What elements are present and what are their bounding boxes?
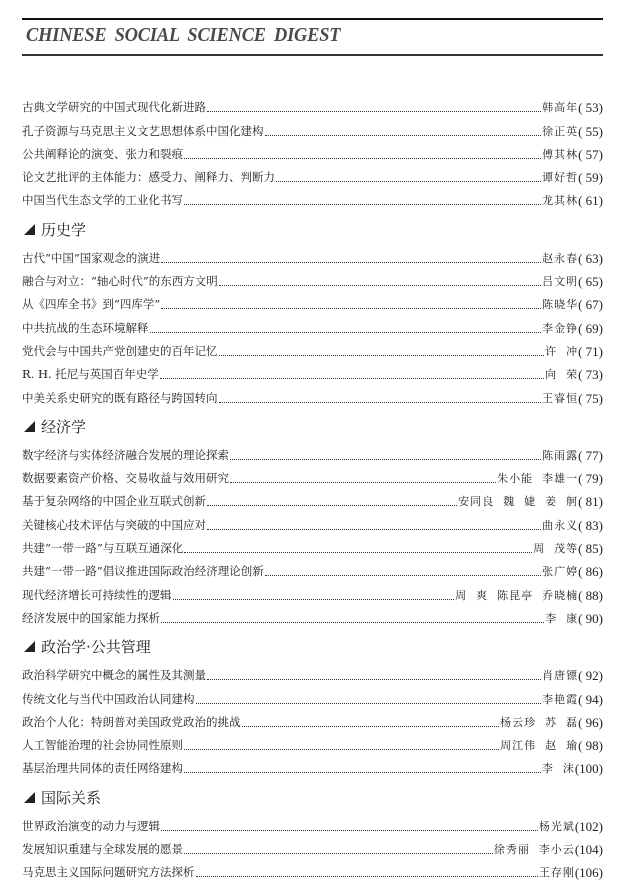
article-author: 龙其林 [542, 193, 578, 208]
section-heading-label: 经济学 [41, 416, 86, 437]
toc-section: 国际关系世界政治演变的动力与逻辑杨光斌(102)发展知识重建与全球发展的愿景徐秀… [22, 784, 603, 880]
dot-leader [230, 482, 496, 483]
article-author: 李艳霞 [542, 692, 578, 707]
page-number: (100) [575, 761, 603, 776]
article-title[interactable]: 发展知识重建与全球发展的愿景 [22, 842, 183, 857]
dot-leader [242, 726, 500, 727]
triangle-icon [24, 641, 35, 652]
dot-leader [173, 599, 455, 600]
dot-leader [161, 308, 541, 309]
dot-leader [184, 552, 532, 553]
article-author: 安同良 魏 婕 姜 舸 [458, 494, 578, 509]
article-title[interactable]: 马克思主义国际问题研究方法探析 [22, 865, 195, 880]
page-number: ( 83) [578, 518, 603, 533]
dot-leader [207, 505, 457, 506]
article-author: 王睿恒 [542, 391, 578, 406]
table-of-contents: 古典文学研究的中国式现代化新进路韩高年( 53)孔子资源与马克思主义文艺思想体系… [22, 92, 603, 880]
article-title[interactable]: 中国当代生态文学的工业化书写 [22, 193, 183, 208]
toc-entry[interactable]: 现代经济增长可持续性的逻辑周 爽 陈昆亭 乔晓楠( 88) [22, 579, 603, 602]
toc-section: 古典文学研究的中国式现代化新进路韩高年( 53)孔子资源与马克思主义文艺思想体系… [22, 92, 603, 208]
article-title[interactable]: 中美关系史研究的既有路径与跨国转向 [22, 391, 218, 406]
page-number: (102) [575, 819, 603, 834]
section-heading-label: 历史学 [41, 219, 86, 240]
toc-entry[interactable]: 政治个人化：特朗普对美国政党政治的挑战杨云珍 苏 磊( 96) [22, 707, 603, 730]
dot-leader [161, 830, 538, 831]
page-number: ( 75) [578, 391, 603, 406]
toc-entry[interactable]: 基于复杂网络的中国企业互联式创新安同良 魏 婕 姜 舸( 81) [22, 486, 603, 509]
article-author: 傅其林 [542, 147, 578, 162]
toc-entry[interactable]: 论文艺批评的主体能力：感受力、阐释力、判断力谭好哲( 59) [22, 162, 603, 185]
toc-entry[interactable]: 古代“中国”国家观念的演进赵永春( 63) [22, 242, 603, 265]
dot-leader [230, 459, 541, 460]
article-author: 陈晓华 [542, 297, 578, 312]
toc-section: 政治学·公共管理政治科学研究中概念的属性及其测量肖唐镖( 92)传统文化与当代中… [22, 634, 603, 776]
article-author: 徐秀丽 李小云 [494, 842, 575, 857]
dot-leader [265, 575, 541, 576]
page-number: ( 98) [578, 738, 603, 753]
page-number: ( 71) [578, 344, 603, 359]
section-heading: 国际关系 [22, 784, 603, 810]
dot-leader [184, 853, 493, 854]
article-author: 曲永义 [542, 518, 578, 533]
toc-entry[interactable]: 中国当代生态文学的工业化书写龙其林( 61) [22, 185, 603, 208]
toc-entry[interactable]: 公共阐释论的演变、张力和裂痕傅其林( 57) [22, 139, 603, 162]
article-title[interactable]: 古代“中国”国家观念的演进 [22, 251, 160, 266]
article-title[interactable]: 共建“一带一路”倡议推进国际政治经济理论创新 [22, 564, 264, 579]
page-number: ( 81) [578, 494, 603, 509]
page-number: ( 65) [578, 274, 603, 289]
toc-entry[interactable]: 马克思主义国际问题研究方法探析王存刚(106) [22, 857, 603, 880]
dot-leader [196, 876, 538, 877]
toc-entry[interactable]: 融合与对立：“轴心时代”的东西方文明吕文明( 65) [22, 266, 603, 289]
dot-leader [207, 529, 541, 530]
article-title[interactable]: 中共抗战的生态环境解释 [22, 321, 149, 336]
page-number: (106) [575, 865, 603, 880]
section-heading: 经济学 [22, 414, 603, 440]
article-title[interactable]: 数据要素资产价格、交易收益与效用研究 [22, 471, 229, 486]
article-author: 向 荣 [545, 367, 578, 382]
dot-leader [160, 378, 544, 379]
article-author: 李 沫 [542, 761, 575, 776]
article-title[interactable]: 经济发展中的国家能力探析 [22, 611, 160, 626]
dot-leader [219, 355, 545, 356]
toc-entry[interactable]: 数据要素资产价格、交易收益与效用研究朱小能 李雄一( 79) [22, 463, 603, 486]
dot-leader [184, 158, 541, 159]
dot-leader [276, 181, 541, 182]
dot-leader [207, 679, 541, 680]
toc-entry[interactable]: 中共抗战的生态环境解释李金铮( 69) [22, 312, 603, 335]
toc-entry[interactable]: 人工智能治理的社会协同性原则周江伟 赵 瑜( 98) [22, 730, 603, 753]
article-title[interactable]: 公共阐释论的演变、张力和裂痕 [22, 147, 183, 162]
page-number: ( 94) [578, 692, 603, 707]
toc-entry[interactable]: 党代会与中国共产党创建史的百年记忆许 冲( 71) [22, 336, 603, 359]
page-number: ( 69) [578, 321, 603, 336]
toc-entry[interactable]: 共建“一带一路”倡议推进国际政治经济理论创新张广婷( 86) [22, 556, 603, 579]
article-title[interactable]: 政治个人化：特朗普对美国政党政治的挑战 [22, 715, 241, 730]
page-number: ( 96) [578, 715, 603, 730]
article-author: 肖唐镖 [542, 668, 578, 683]
toc-section: 经济学数字经济与实体经济融合发展的理论探索陈雨露( 77)数据要素资产价格、交易… [22, 414, 603, 626]
article-author: 韩高年 [542, 100, 578, 115]
page-number: ( 86) [578, 564, 603, 579]
section-heading: 政治学·公共管理 [22, 634, 603, 660]
article-author: 朱小能 李雄一 [497, 471, 578, 486]
toc-entry[interactable]: 关键核心技术评估与突破的中国应对曲永义( 83) [22, 509, 603, 532]
article-author: 谭好哲 [542, 170, 578, 185]
article-author: 王存刚 [539, 865, 575, 880]
toc-entry[interactable]: 数字经济与实体经济融合发展的理论探索陈雨露( 77) [22, 440, 603, 463]
article-title[interactable]: 关键核心技术评估与突破的中国应对 [22, 518, 206, 533]
dot-leader [265, 135, 542, 136]
article-author: 赵永春 [542, 251, 578, 266]
toc-entry[interactable]: 孔子资源与马克思主义文艺思想体系中国化建构徐正英( 55) [22, 115, 603, 138]
page-number: ( 90) [578, 611, 603, 626]
page-number: ( 79) [578, 471, 603, 486]
page-number: ( 77) [578, 448, 603, 463]
dot-leader [184, 749, 499, 750]
triangle-icon [24, 792, 35, 803]
page-number: ( 67) [578, 297, 603, 312]
page-number: ( 85) [578, 541, 603, 556]
article-author: 陈雨露 [542, 448, 578, 463]
dot-leader [219, 285, 541, 286]
toc-section: 历史学古代“中国”国家观念的演进赵永春( 63)融合与对立：“轴心时代”的东西方… [22, 216, 603, 405]
dot-leader [184, 204, 541, 205]
page-number: ( 73) [578, 367, 603, 382]
dot-leader [219, 402, 542, 403]
article-title[interactable]: R. H. 托尼与英国百年史学 [22, 367, 159, 382]
dot-leader [161, 262, 541, 263]
toc-entry[interactable]: 世界政治演变的动力与逻辑杨光斌(102) [22, 810, 603, 833]
article-title[interactable]: 论文艺批评的主体能力：感受力、阐释力、判断力 [22, 170, 275, 185]
article-author: 杨云珍 苏 磊 [500, 715, 578, 730]
article-title[interactable]: 人工智能治理的社会协同性原则 [22, 738, 183, 753]
dot-leader [150, 332, 542, 333]
dot-leader [196, 703, 542, 704]
article-title[interactable]: 融合与对立：“轴心时代”的东西方文明 [22, 274, 218, 289]
section-heading-label: 国际关系 [41, 787, 101, 808]
triangle-icon [24, 224, 35, 235]
article-title[interactable]: 共建“一带一路”与互联互通深化 [22, 541, 183, 556]
page-number: (104) [575, 842, 603, 857]
page-number: ( 55) [578, 124, 603, 139]
article-title[interactable]: 从《四库全书》到“四库学” [22, 297, 160, 312]
article-author: 徐正英 [542, 124, 578, 139]
page-number: ( 92) [578, 668, 603, 683]
dot-leader [161, 622, 544, 623]
article-author: 周江伟 赵 瑜 [500, 738, 578, 753]
article-author: 李金铮 [542, 321, 578, 336]
article-author: 周 爽 陈昆亭 乔晓楠 [455, 588, 578, 603]
article-title[interactable]: 孔子资源与马克思主义文艺思想体系中国化建构 [22, 124, 264, 139]
triangle-icon [24, 421, 35, 432]
article-title[interactable]: 世界政治演变的动力与逻辑 [22, 819, 160, 834]
journal-masthead: CHINESE SOCIAL SCIENCE DIGEST [26, 24, 340, 47]
toc-entry[interactable]: R. H. 托尼与英国百年史学向 荣( 73) [22, 359, 603, 382]
toc-entry[interactable]: 古典文学研究的中国式现代化新进路韩高年( 53) [22, 92, 603, 115]
article-title[interactable]: 基层治理共同体的责任网络建构 [22, 761, 183, 776]
article-author: 张广婷 [542, 564, 578, 579]
toc-entry[interactable]: 传统文化与当代中国政治认同建构李艳霞( 94) [22, 683, 603, 706]
article-title[interactable]: 政治科学研究中概念的属性及其测量 [22, 668, 206, 683]
masthead-top-rule [22, 18, 603, 20]
article-author: 许 冲 [545, 344, 578, 359]
masthead-bottom-rule [22, 54, 603, 56]
article-author: 李 康 [545, 611, 578, 626]
page-number: ( 61) [578, 193, 603, 208]
article-title[interactable]: 现代经济增长可持续性的逻辑 [22, 588, 172, 603]
page-number: ( 63) [578, 251, 603, 266]
dot-leader [207, 111, 541, 112]
article-title[interactable]: 基于复杂网络的中国企业互联式创新 [22, 494, 206, 509]
article-author: 吕文明 [542, 274, 578, 289]
toc-entry[interactable]: 从《四库全书》到“四库学”陈晓华( 67) [22, 289, 603, 312]
dot-leader [184, 772, 541, 773]
page-number: ( 57) [578, 147, 603, 162]
article-title[interactable]: 党代会与中国共产党创建史的百年记忆 [22, 344, 218, 359]
toc-entry[interactable]: 中美关系史研究的既有路径与跨国转向王睿恒( 75) [22, 382, 603, 405]
article-title[interactable]: 数字经济与实体经济融合发展的理论探索 [22, 448, 229, 463]
section-heading-label: 政治学·公共管理 [41, 636, 151, 657]
page-number: ( 53) [578, 100, 603, 115]
toc-entry[interactable]: 政治科学研究中概念的属性及其测量肖唐镖( 92) [22, 660, 603, 683]
article-author: 杨光斌 [539, 819, 575, 834]
article-title[interactable]: 传统文化与当代中国政治认同建构 [22, 692, 195, 707]
article-author: 周 茂等 [533, 541, 578, 556]
toc-entry[interactable]: 共建“一带一路”与互联互通深化周 茂等( 85) [22, 533, 603, 556]
toc-entry[interactable]: 基层治理共同体的责任网络建构李 沫(100) [22, 753, 603, 776]
section-heading: 历史学 [22, 216, 603, 242]
toc-entry[interactable]: 经济发展中的国家能力探析李 康( 90) [22, 603, 603, 626]
page-number: ( 88) [578, 588, 603, 603]
toc-entry[interactable]: 发展知识重建与全球发展的愿景徐秀丽 李小云(104) [22, 834, 603, 857]
page-number: ( 59) [578, 170, 603, 185]
article-title[interactable]: 古典文学研究的中国式现代化新进路 [22, 100, 206, 115]
